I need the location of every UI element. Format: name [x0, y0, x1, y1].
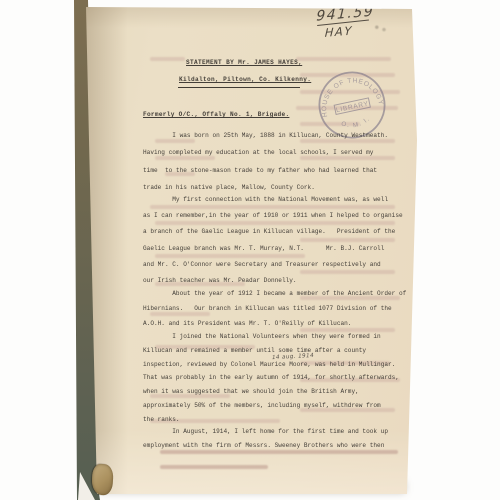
paragraph: In August, 1914, I left home for the fir…: [143, 425, 388, 452]
catalog-number: 941.59 HAY: [316, 4, 377, 41]
pencil-smudge: [372, 24, 388, 32]
typed-line: That was probably in the early autumn of…: [143, 371, 399, 385]
statement-address: Kildalton, Piltown, Co. Kilkenny.: [179, 76, 311, 83]
typed-line: Hibernians. Our branch in Killucan was t…: [143, 301, 406, 316]
typed-line: In August, 1914, I left home for the fir…: [143, 425, 388, 439]
typed-line: employment with the firm of Messrs. Swee…: [143, 439, 388, 453]
typed-line: time to the stone-mason trade to my fath…: [143, 162, 388, 179]
typed-line: approximately 50% of the members, includ…: [143, 399, 399, 413]
typed-line: I was born on 25th May, 1888 in Killucan…: [143, 127, 388, 144]
ghost-text-line: [150, 57, 185, 61]
title-rule: [178, 87, 300, 88]
typed-line: About the year of 1912 I became a member…: [143, 286, 406, 301]
paragraph: I was born on 25th May, 1888 in Killucan…: [143, 127, 388, 197]
typed-line: a branch of the Gaelic League in Killuca…: [143, 224, 403, 240]
stamp-center-text: LIBRARY: [336, 100, 370, 114]
paragraph: My first connection with the National Mo…: [143, 192, 403, 289]
statement-title: STATEMENT BY Mr. JAMES HAYES,: [186, 59, 302, 66]
paragraph: About the year of 1912 I became a member…: [143, 286, 406, 332]
typed-line: and Mr. C. O'Connor were Secretary and T…: [143, 257, 403, 273]
paragraph: I joined the National Volunteers when th…: [143, 330, 399, 427]
ghost-text-line: [296, 57, 391, 61]
statement-subtitle: Formerly O/C., Offaly No. 1, Brigade.: [143, 111, 289, 118]
typed-line: My first connection with the National Mo…: [143, 192, 403, 208]
typed-line: Gaelic League branch was Mr. T. Murray, …: [143, 241, 403, 257]
typed-line: inspection, reviewed by Colonel Maurice …: [143, 358, 399, 372]
typed-line: as I can remember,in the year of 1910 or…: [143, 208, 403, 224]
typed-line: Having completed my education at the loc…: [143, 144, 388, 161]
author-code: HAY: [325, 22, 377, 41]
typed-line: when it was suggested that we should joi…: [143, 385, 399, 399]
ghost-text-line: [160, 465, 268, 469]
typed-line: I joined the National Volunteers when th…: [143, 330, 399, 344]
document-photo: 941.59 HAY HOUSE OF THEOLOGY LIBRARY O. …: [0, 0, 500, 500]
